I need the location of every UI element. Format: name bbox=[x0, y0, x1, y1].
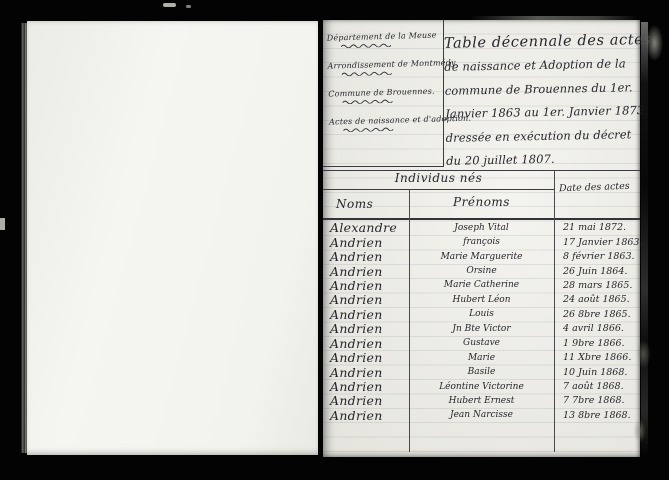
column-header-prenoms: Prénoms bbox=[409, 195, 554, 209]
scan-smudge bbox=[646, 25, 663, 61]
left-blank-page bbox=[27, 21, 318, 455]
surname-cell: Andrien bbox=[323, 379, 409, 394]
table-row: Andrienfrançois17 Janvier 1863. bbox=[323, 235, 640, 249]
act-date-cell: 10 Juin 1868. bbox=[554, 367, 638, 378]
group-header-rule bbox=[323, 189, 554, 190]
forename-cell: Hubert Léon bbox=[409, 295, 554, 305]
column-header-noms: Noms bbox=[336, 197, 373, 211]
forename-cell: Marie Marguerite bbox=[409, 252, 554, 262]
title-line: de naissance et Adoption de la bbox=[444, 53, 638, 80]
act-date-cell: 26 Juin 1864. bbox=[554, 266, 638, 277]
forename-cell: Orsine bbox=[409, 266, 554, 276]
surname-cell: Andrien bbox=[323, 307, 409, 322]
act-date-cell: 21 mai 1872. bbox=[554, 222, 638, 233]
surname-cell: Andrien bbox=[323, 278, 409, 293]
surname-cell: Andrien bbox=[323, 292, 409, 307]
column-header-date: Date des actes bbox=[559, 181, 630, 194]
act-date-cell: 7 7bre 1868. bbox=[554, 395, 638, 406]
table-row: AndrienJean Narcisse13 8bre 1868. bbox=[323, 408, 640, 422]
title-line: dressée en exécution du décret bbox=[445, 123, 639, 150]
table-row: AndrienLéontine Victorine7 août 1868. bbox=[323, 379, 640, 393]
register-page: Département de la MeuseArrondissement de… bbox=[323, 20, 640, 457]
act-date-cell: 28 mars 1865. bbox=[554, 280, 638, 291]
forename-cell: Jean Narcisse bbox=[409, 410, 554, 420]
header-field: Arrondissement de Montmédy. bbox=[327, 58, 441, 76]
table-row: AndrienMarie Marguerite8 février 1863. bbox=[323, 249, 640, 263]
act-date-cell: 4 avril 1866. bbox=[554, 323, 638, 334]
forename-cell: Basile bbox=[409, 367, 554, 377]
header-box-divider bbox=[443, 20, 444, 166]
forename-cell: Marie bbox=[409, 353, 554, 363]
act-date-cell: 8 février 1863. bbox=[554, 251, 638, 262]
surname-cell: Andrien bbox=[323, 393, 409, 408]
header-field: Actes de naissance et d'adoption. bbox=[329, 114, 443, 132]
table-row: AndrienMarie11 Xbre 1866. bbox=[323, 350, 640, 364]
forename-cell: Marie Catherine bbox=[409, 280, 554, 290]
forename-cell: Léontine Victorine bbox=[409, 382, 554, 392]
act-date-cell: 7 août 1868. bbox=[554, 381, 638, 392]
table-row: AndrienHubert Ernest7 7bre 1868. bbox=[323, 394, 640, 408]
header-box-bottom-rule bbox=[323, 166, 444, 167]
scan-smudge bbox=[636, 340, 651, 368]
scan-smudge bbox=[633, 419, 646, 443]
header-fields: Département de la MeuseArrondissement de… bbox=[327, 30, 444, 132]
forename-cell: Louis bbox=[409, 309, 554, 319]
forename-cell: Gustave bbox=[409, 338, 554, 348]
forename-cell: Joseph Vital bbox=[409, 223, 554, 233]
book-scan: Département de la MeuseArrondissement de… bbox=[0, 0, 669, 480]
act-date-cell: 26 8bre 1865. bbox=[554, 309, 638, 320]
surname-cell: Andrien bbox=[323, 235, 409, 250]
title-line: Janvier 1863 au 1er. Janvier 1873, bbox=[445, 99, 639, 126]
book-page-edges bbox=[641, 22, 648, 454]
table-group-header: Individus nés bbox=[323, 171, 554, 185]
act-date-cell: 11 Xbre 1866. bbox=[554, 352, 638, 363]
surname-cell: Andrien bbox=[323, 264, 409, 279]
act-date-cell: 1 9bre 1866. bbox=[554, 338, 638, 349]
surname-cell: Andrien bbox=[323, 249, 409, 264]
act-date-cell: 24 août 1865. bbox=[554, 294, 638, 305]
act-date-cell: 13 8bre 1868. bbox=[554, 410, 638, 421]
forename-cell: Jn Bte Victor bbox=[409, 324, 554, 334]
table-row: AndrienGustave1 9bre 1866. bbox=[323, 336, 640, 350]
table-row: AndrienBasile10 Juin 1868. bbox=[323, 365, 640, 379]
scan-speck bbox=[0, 218, 5, 230]
forename-cell: Hubert Ernest bbox=[409, 396, 554, 406]
scan-speck bbox=[186, 5, 191, 8]
forename-cell: françois bbox=[409, 237, 554, 247]
scan-speck bbox=[163, 3, 176, 7]
surname-cell: Andrien bbox=[323, 365, 409, 380]
table-row: AndrienOrsine26 Juin 1864. bbox=[323, 264, 640, 278]
surname-cell: Andrien bbox=[323, 408, 409, 423]
header-field: Commune de Brouennes. bbox=[328, 86, 442, 104]
table-row: AndrienJn Bte Victor4 avril 1866. bbox=[323, 322, 640, 336]
table-row: AndrienLouis26 8bre 1865. bbox=[323, 307, 640, 321]
table-row: AndrienHubert Léon24 août 1865. bbox=[323, 293, 640, 307]
table-row: AlexandreJoseph Vital21 mai 1872. bbox=[323, 221, 640, 235]
act-date-cell: 17 Janvier 1863. bbox=[554, 237, 638, 248]
surname-cell: Andrien bbox=[323, 321, 409, 336]
surname-cell: Andrien bbox=[323, 350, 409, 365]
table-rows: AlexandreJoseph Vital21 mai 1872.Andrien… bbox=[323, 221, 640, 423]
title-block: Table décennale des actesde naissance et… bbox=[444, 29, 641, 173]
table-row: AndrienMarie Catherine28 mars 1865. bbox=[323, 278, 640, 292]
scan-smudge bbox=[470, 16, 638, 20]
surname-cell: Alexandre bbox=[323, 220, 409, 235]
header-field: Département de la Meuse bbox=[327, 30, 441, 48]
surname-cell: Andrien bbox=[323, 336, 409, 351]
